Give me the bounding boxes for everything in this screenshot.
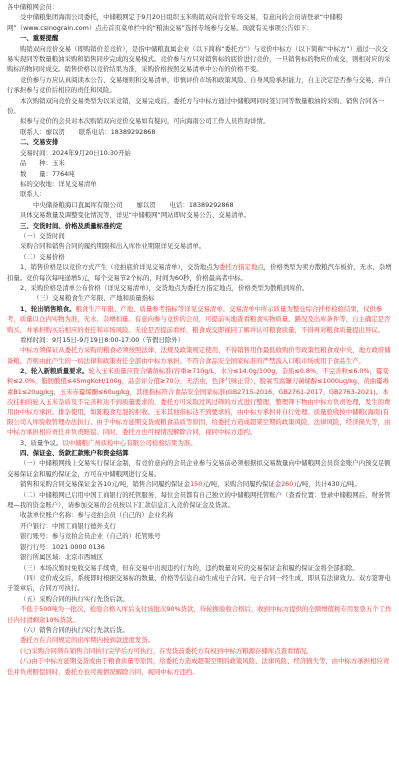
section-4-title: 四、保证金、货款汇款账户和资金结算	[7, 448, 393, 458]
variety: 品 种：玉米	[7, 158, 393, 168]
price1-highlight: 委托方指定地点	[219, 263, 264, 271]
s4-paragraph-1: （一）中储粮网线上交易实行保证金制，有竞价意向的会员企业参与交易前必须根据拟交易…	[7, 458, 393, 479]
delivery-place: 标的交收地：详见交易清单	[7, 179, 393, 189]
bank-region: 银行所属区域：北京市西城区	[7, 552, 393, 562]
trade-time: 交易时间：2024年9月20日10:30开始	[7, 148, 393, 158]
contact-person: 廖以贺	[136, 201, 155, 209]
intro-paragraph: 受中储粮集团海南公司委托，中储粮网定于9月20日组织玉米购销双向竞价专场交易，有…	[7, 12, 393, 33]
s4-paragraph-7-detail: 委托方在合同规定的出库期内按到款进度发货。	[7, 635, 393, 645]
phone-number: 18389292868	[111, 128, 156, 136]
s1-contact: 联系人：廖以贺联系电话：18389292868	[7, 127, 393, 137]
delivery-place-value: 详见交易清单	[58, 180, 96, 188]
deposit-amounts: 销售和采购合同交易保证金各10元/吨，销售合同履约保证金150元/吨，采购合同履…	[7, 479, 393, 489]
account-number: 银行账号：参与竞拍会员企业（自己的）托管账号	[7, 531, 393, 541]
quality-3: 3、质量争议。以中储粮广州质检中心有限公司检验结果为准。	[7, 438, 393, 448]
s2-note: 具体交易数量及调整变化情况等，详见“中储粮网”网站即时交易公告、交易清单。	[7, 210, 393, 220]
s4-paragraph-5: （四）竞价成交后，系统即时根据交易标的数量、价格等信息自动生成电子合同。电子合同…	[7, 573, 393, 594]
delivery-place-label: 标的交收地：	[20, 180, 58, 188]
section-1-title: 一、重要提醒	[7, 33, 393, 43]
section-3-title: 三、交货时间、价格及质量标准约定	[7, 221, 393, 231]
quantity-value: 7764吨	[52, 170, 75, 178]
section-2-title: 二、交易安排	[7, 137, 393, 147]
variety-value: 玉米	[52, 159, 65, 167]
quality-2: 2、轮入新粮质量要求。轮入玉米质量应符合储备标准(容重≥710g/L，水分≤14…	[7, 366, 393, 437]
quality3-text: 以中储粮广州质检中心有限公司检验结果为准。	[62, 439, 196, 447]
viewing-time: 看样时间：9月15日-9月19日8:00-17:00（节假日除外）	[7, 335, 393, 345]
variety-label: 品 种：	[20, 159, 52, 167]
s3-sub3-title: （三）交易粮食生产年限、产地和质量指标	[7, 293, 393, 303]
tel-number: 18389292868	[189, 201, 234, 209]
quality1-label: 1、轮出销售粮食。	[20, 305, 76, 313]
s3-sub2-title: （二）交易价格	[7, 252, 393, 262]
s3-sub1-text: 采购合同和销售合同的履约期限和出入库作业期限详见交易清单。	[7, 241, 393, 251]
phone-label: 联系电话：	[79, 128, 111, 136]
quality-1-usage: 中标方须保证从委托方采购的粮食必须按照法律、法规及政策规定使用，不得销售用作最低…	[7, 345, 393, 366]
price1-text-a: 1、销售价格是以竞价方式产生（竞拍底价详见交易清单），交货地点为	[20, 263, 219, 271]
s1-paragraph-4: 拟参与竞价的会员对本次购销双向竞价交易如有疑问，可向海南公司工作人员咨询详情。	[7, 116, 393, 126]
s1-paragraph-1: 购销双向竞价交易（即购销价差竞价），是指中储粮直属企业（以下简称“委托方”）与竞…	[7, 44, 393, 75]
sales-deposit-value: 150	[190, 480, 202, 488]
bank-code: 银行行号：1021 0000 0136	[7, 542, 393, 552]
s4-paragraph-4: （三）本场次暂时免收交易手续费，但在交易中出现违约行为的，违约数量对应的交易保证…	[7, 563, 393, 573]
quality3-label: 3、质量争议。	[20, 439, 62, 447]
price-rule-1: 1、销售价格是以竞价方式产生（竞拍底价详见交易清单），交货地点为委托方指定地点，…	[7, 262, 393, 283]
trade-time-label: 交易时间：	[20, 149, 52, 157]
s2-contact-label: 联系人：	[7, 189, 393, 199]
s4-paragraph-9: (八)由于中标方延期交货或由于粮食质量等原因，给委托方造成超架空期的政策风险、法…	[7, 656, 393, 677]
trade-time-value: 2024年9月20日10:30开始	[52, 149, 131, 157]
quantity: 数 量：7764吨	[7, 169, 393, 179]
contact-name: 廖以贺	[46, 128, 65, 136]
company-name: 中央储备粮海口直属库有限公司	[33, 201, 122, 209]
s4-paragraph-6-detail: 不低于500吨为一批次，检验合格入库后支付该批次90%货款，待轮换验收合格后，收…	[7, 604, 393, 625]
account-name: 收款单位账户名称：参与竞拍会员（自己的）企业名称	[7, 510, 393, 520]
s4-paragraph-8: (七)采购合同须在销售合同执行完毕后方可执行，在发货前委托方有权到中标方粮源存储…	[7, 646, 393, 656]
s4-paragraph-3: （二）中储粮网已启用中国工商银行的托管服务，每位会员都有自己独立的中储粮网托管账…	[7, 490, 393, 511]
quantity-label: 数 量：	[20, 170, 52, 178]
contact-label: 联系人：	[20, 128, 46, 136]
purchase-deposit-value: 260	[281, 480, 293, 488]
quality2-text: 轮入玉米质量应符合储备标准(容重≥710g/L，水分≤14.0g/100g，杂质…	[7, 367, 390, 436]
tel-label: 电话：	[170, 201, 189, 209]
quality2-label: 2、轮入新粮质量要求。	[20, 367, 88, 375]
deposit-text-a: 销售和采购合同交易保证金各10元/吨，销售合同履约保证金	[20, 480, 190, 488]
s3-sub1-title: （一）交货时间	[7, 231, 393, 241]
s4-paragraph-6: （五）采购合同的执行实行先货后款。	[7, 594, 393, 604]
deposit-text-c: 元/吨，共计430元/吨。	[293, 480, 361, 488]
s4-paragraph-7: （六）销售合同的执行实行先款后货。	[7, 625, 393, 635]
announcement-document: 各中储粮网会员： 受中储粮集团海南公司委托，中储粮网定于9月20日组织玉米购销双…	[0, 0, 399, 677]
greeting: 各中储粮网会员：	[7, 2, 393, 12]
s2-contact-line: 中央储备粮海口直属库有限公司廖以贺电话：18389292868	[7, 200, 393, 210]
s1-paragraph-2: 竞价参与方应认真阅读本公告、交易细则和交易清单，审慎评价市场和政策风险、自身风险…	[7, 75, 393, 96]
bank-name: 开户银行：中国工商银行德外支行	[7, 521, 393, 531]
quality-1: 1、轮出销售粮食。粮食生产年限、产地、质量参考指标等详见交易清单。交易清单中所示…	[7, 304, 393, 335]
s1-paragraph-3: 本次购销双向竞价交易类型为以采竞销，交易完成后，委托方与中标方通过中储粮网同时签…	[7, 96, 393, 117]
deposit-text-b: 元/吨，采购合同履约保证金	[202, 480, 281, 488]
price-rule-2: 2、采购价格是清单公布价格（详见交易清单），交货地点为委托方指定地点，价格类型为…	[7, 283, 393, 293]
